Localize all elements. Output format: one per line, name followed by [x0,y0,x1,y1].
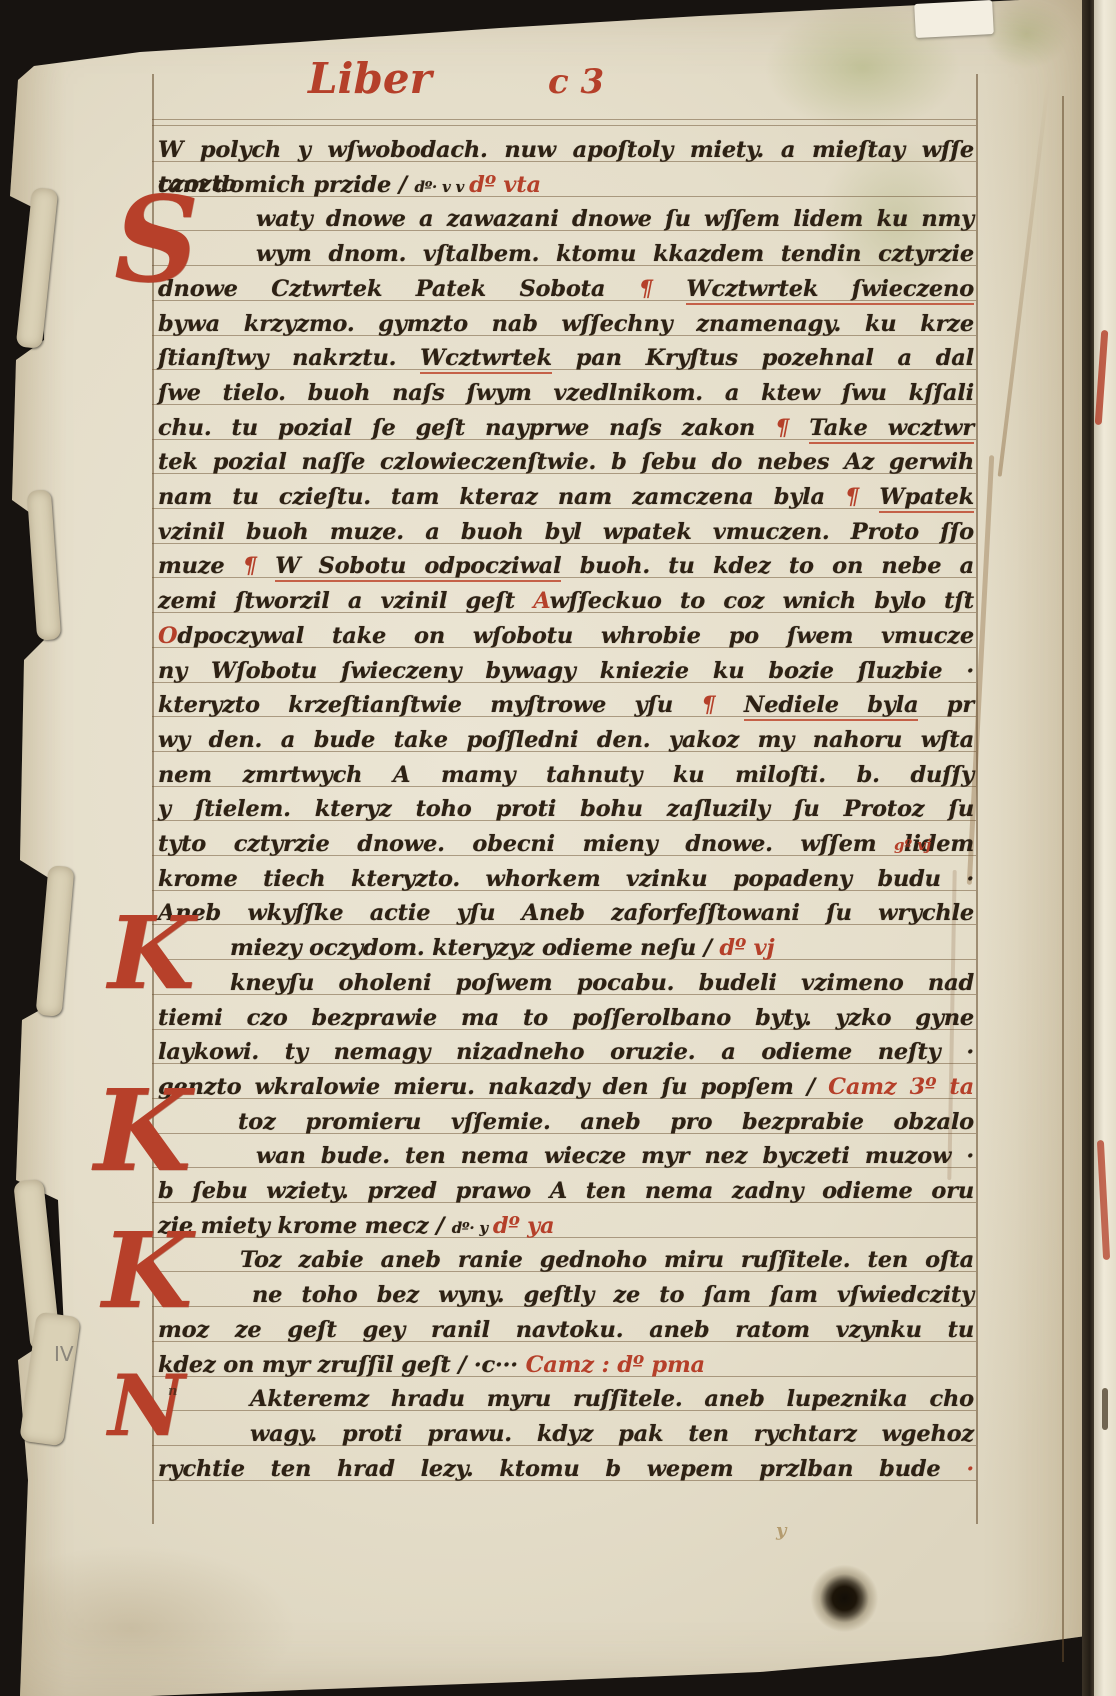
text-line-39: rychtie ten hrad lezy. ktomu b wepem prz… [158,1452,974,1486]
text-line-6: bywa krzyzmo. gymzto nab wſſechny znamen… [158,307,974,341]
text-line-33: Toz zabie aneb ranie gednoho miru ruſſit… [158,1243,974,1277]
text-line-5: dnowe Cztwrtek Patek Sobota ¶ Wcztwrtek … [158,272,974,306]
next-folio-ink-mark [1102,1388,1108,1430]
text-line-3: waty dnowe a zawazani dnowe ſu wſſem lid… [158,202,974,236]
text-line-7: ſtianſtwy nakrztu. Wcztwrtek pan Kryſtus… [158,341,974,375]
text-segment: genzto wkralowie mieru. nakazdy den ſu p… [158,1074,828,1100]
rubric-text: ¶ [701,692,744,718]
text-segment: wan bude. ten nema wiecze myr nez byczet… [256,1143,974,1169]
rubric-text: Camz 3º ta [828,1074,974,1100]
text-segment: tiemi czo bezprawie ma to poſſerolbano b… [158,1005,974,1031]
text-segment: Toz zabie aneb ranie gednoho miru ruſſit… [240,1247,974,1273]
text-segment: chu. tu pozial ſe geſt nayprwe naſs zako… [158,415,775,441]
text-segment: zie miety krome mecz / [158,1213,452,1239]
text-segment: ny Wſobotu ſwieczeny bywagy kniezie ku b… [158,658,974,684]
text-line-38: wagy. proti prawu. kdyz pak ten rychtarz… [158,1417,974,1451]
text-segment: toz promieru vſſemie. aneb pro bezprabie… [238,1109,974,1135]
rubric-text: ¶ [639,276,687,302]
text-segment: dnowe Cztwrtek Patek Sobota [158,276,639,302]
versal-initial-K: K [108,912,195,994]
rubric-text: · [966,1456,974,1482]
text-line-25: kneyſu oholeni poſwem pocabu. budeli vzi… [158,966,974,1000]
versal-initial-K: K [94,1086,191,1178]
text-line-4: wym dnom. vſtalbem. ktomu kkazdem tendin… [158,237,974,271]
text-line-21: tyto cztyrzie dnowe. obecni mieny dnowe.… [158,827,974,861]
text-line-24: miezy oczydom. kteryzyz odieme neſu / dº… [158,931,974,965]
versal-initial-N: N [108,1372,185,1441]
text-line-18: wy den. a bude take poſſledni den. yakoz… [158,723,974,757]
versal-initial-K: K [102,1228,192,1313]
text-segment: pr [918,692,974,718]
text-segment: dº· v v [414,178,469,196]
text-line-30: wan bude. ten nema wiecze myr nez byczet… [158,1139,974,1173]
text-segment: y ſtielem. kteryz toho proti bohu zaſluz… [158,796,974,822]
text-segment: b ſebu wziety. przed prawo A ten nema za… [158,1178,974,1204]
text-segment: nam tu czieſtu. tam kteraz nam zamczena … [158,484,845,510]
text-segment: pan Kryſtus pozehnal a dal [552,345,974,371]
text-line-9: chu. tu pozial ſe geſt nayprwe naſs zako… [158,411,974,445]
underlined-rubric-word: Wcztwrtek ſwieczeno [686,276,974,305]
underlined-rubric-word: Nediele byla [744,692,918,721]
text-segment: Akteremz hradu myru ruſſitele. aneb lupe… [250,1386,974,1412]
text-segment: waty dnowe a zawazani dnowe ſu wſſem lid… [256,206,974,232]
text-line-26: tiemi czo bezprawie ma to poſſerolbano b… [158,1001,974,1035]
text-segment: zemi ſtworzil a vzinil geſt [158,588,533,614]
marginal-note: IV [54,1342,74,1366]
text-segment: kneyſu oholeni poſwem pocabu. budeli vzi… [230,970,974,996]
text-segment: moz ze geſt gey ranil navtoku. aneb rato… [158,1317,974,1343]
text-line-27: laykowi. ty nemagy nizadneho oruzie. a o… [158,1035,974,1069]
text-line-1: W polych y wſwobodach. nuw apoſtoly miet… [158,133,974,167]
text-line-29: toz promieru vſſemie. aneb pro bezprabie… [158,1105,974,1139]
text-line-19: nem zmrtwych A mamy tahnuty ku miloſti. … [158,758,974,792]
text-line-15: Odpoczywal take on wſobotu whrobie po ſw… [158,619,974,653]
manuscript-scan: Liber c 3 W polych y wſwobodach. nuw apo… [0,0,1116,1696]
text-segment: tyto cztyrzie dnowe. obecni mieny dnowe.… [158,831,974,857]
text-segment: vzinil buoh muze. a buoh byl wpatek vmuc… [158,519,974,545]
rubric-text: ¶ [845,484,879,510]
text-segment: muze [158,553,243,579]
text-segment: laykowi. ty nemagy nizadneho oruzie. a o… [158,1039,974,1065]
marginal-note: n [168,1384,177,1399]
rubric-text: ¶ [775,415,809,441]
text-line-36: kdez on myr zruſſil geſt / ·c··· Camz : … [158,1348,974,1382]
text-line-12: vzinil buoh muze. a buoh byl wpatek vmuc… [158,515,974,549]
text-line-22: krome tiech kteryzto. whorkem vzinku pop… [158,862,974,896]
text-segment: wym dnom. vſtalbem. ktomu kkazdem tendin… [256,241,974,267]
marginal-note: gº vj [894,836,931,854]
rubric-text: O [158,623,177,649]
text-segment: nem zmrtwych A mamy tahnuty ku miloſti. … [158,762,974,788]
text-segment: miezy oczydom. kteryzyz odieme neſu / [230,935,719,961]
rubric-text: A [533,588,549,614]
marginal-note: y [776,1520,786,1541]
text-segment: tek pozial naſſe czlowieczenſtwie. b ſeb… [158,449,974,475]
text-segment: kdez on myr zruſſil geſt / ·c··· [158,1352,526,1378]
underlined-rubric-word: Wpatek [879,484,974,513]
text-segment: ſwe tielo. buoh naſs ſwym vzedlnikom. a … [158,380,974,406]
rubric-text: Camz : dº pma [526,1352,705,1378]
text-line-17: kteryzto krzeſtianſtwie myſtrowe yſu ¶ N… [158,688,974,722]
next-folio-edge [1094,0,1116,1696]
text-line-32: zie miety krome mecz / dº· y dº ya [158,1209,974,1243]
text-line-10: tek pozial naſſe czlowieczenſtwie. b ſeb… [158,445,974,479]
text-segment: kteryzto krzeſtianſtwie myſtrowe yſu [158,692,701,718]
text-segment: buoh. tu kdez to on nebe a [561,553,974,579]
rubric-text: dº vj [719,935,774,961]
text-segment: wy den. a bude take poſſledni den. yakoz… [158,727,974,753]
versal-initial-S: S [114,192,199,289]
rubric-text: dº vta [469,172,541,198]
text-segment: dº· y [452,1219,493,1237]
text-line-16: ny Wſobotu ſwieczeny bywagy kniezie ku b… [158,654,974,688]
text-segment: bywa krzyzmo. gymzto nab wſſechny znamen… [158,311,974,337]
text-line-34: ne toho bez wyny. geſtly ze to ſam ſam v… [158,1278,974,1312]
underlined-rubric-word: Take wcztwr [809,415,974,444]
underlined-rubric-word: Wcztwrtek [420,345,552,374]
ink-blot [787,1535,897,1648]
text-line-14: zemi ſtworzil a vzinil geſt Awſſeckuo to… [158,584,974,618]
rubric-text: dº ya [493,1213,554,1239]
text-segment: ſtianſtwy nakrztu. [158,345,420,371]
text-line-13: muze ¶ W Sobotu odpocziwal buoh. tu kdez… [158,549,974,583]
text-segment: wagy. proti prawu. kdyz pak ten rychtarz… [250,1421,974,1447]
text-segment: Aneb wkyſſke actie yſu Aneb zaforfeſſtow… [158,900,974,926]
text-line-8: ſwe tielo. buoh naſs ſwym vzedlnikom. a … [158,376,974,410]
text-segment: krome tiech kteryzto. whorkem vzinku pop… [158,866,974,892]
text-line-11: nam tu czieſtu. tam kteraz nam zamczena … [158,480,974,514]
text-segment: dpoczywal take on wſobotu whrobie po ſwe… [177,623,974,649]
text-segment: rychtie ten hrad lezy. ktomu b wepem prz… [158,1456,966,1482]
underlined-rubric-word: W Sobotu odpocziwal [275,553,561,582]
text-line-20: y ſtielem. kteryz toho proti bohu zaſluz… [158,792,974,826]
text-line-28: genzto wkralowie mieru. nakazdy den ſu p… [158,1070,974,1104]
text-line-31: b ſebu wziety. przed prawo A ten nema za… [158,1174,974,1208]
text-line-35: moz ze geſt gey ranil navtoku. aneb rato… [158,1313,974,1347]
text-segment: wſſeckuo to coz wnich bylo tſt [550,588,974,614]
text-line-2: tam domich przide / dº· v v dº vta [158,168,974,202]
text-segment: ne toho bez wyny. geſtly ze to ſam ſam v… [252,1282,974,1308]
parchment-repair-tab [914,0,994,38]
text-line-23: Aneb wkyſſke actie yſu Aneb zaforfeſſtow… [158,896,974,930]
text-line-37: Akteremz hradu myru ruſſitele. aneb lupe… [158,1382,974,1416]
rubric-text: ¶ [243,553,275,579]
